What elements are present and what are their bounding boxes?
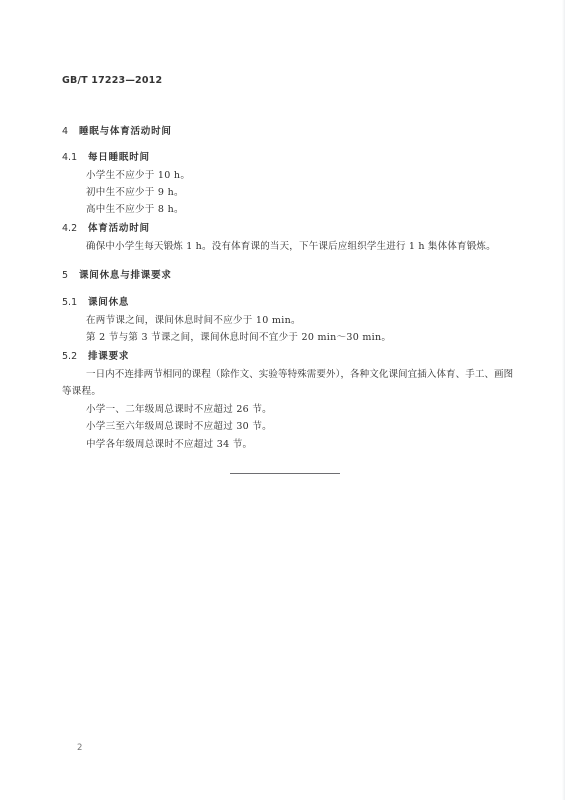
subsection-title: 体育活动时间	[88, 223, 150, 234]
subsection-title: 课间休息	[88, 297, 129, 308]
section-title: 睡眠与体育活动时间	[79, 126, 172, 137]
section-number: 4	[62, 126, 79, 137]
end-of-document-rule	[230, 473, 340, 474]
section-number: 5	[62, 270, 79, 281]
section-4-heading: 4睡眠与体育活动时间	[62, 123, 172, 137]
paragraph: 确保中小学生每天锻炼 1 h。没有体育课的当天，下午课后应组织学生进行 1 h …	[86, 238, 496, 252]
subsection-4-1-heading: 4.1每日睡眠时间	[62, 149, 150, 163]
section-title: 课间休息与排课要求	[79, 270, 172, 281]
section-5-heading: 5课间休息与排课要求	[62, 267, 172, 281]
paragraph: 第 2 节与第 3 节课之间，课间休息时间不宜少于 20 min～30 min。	[86, 329, 391, 343]
subsection-5-2-heading: 5.2排课要求	[62, 348, 129, 362]
subsection-number: 4.1	[62, 152, 88, 163]
paragraph: 初中生不应少于 9 h。	[86, 184, 184, 198]
paragraph: 一日内不连排两节相同的课程（除作文、实验等特殊需要外），各种文化课间宜插入体育、…	[86, 366, 513, 380]
subsection-number: 5.2	[62, 351, 88, 362]
paragraph: 小学一、二年级周总课时不应超过 26 节。	[86, 401, 272, 415]
subsection-number: 4.2	[62, 223, 88, 234]
paragraph: 高中生不应少于 8 h。	[86, 201, 184, 215]
page-number: 2	[77, 743, 82, 753]
subsection-title: 排课要求	[88, 351, 129, 362]
subsection-number: 5.1	[62, 297, 88, 308]
paragraph: 在两节课之间，课间休息时间不应少于 10 min。	[86, 312, 301, 326]
paragraph: 中学各年级周总课时不应超过 34 节。	[86, 436, 252, 450]
paragraph: 小学生不应少于 10 h。	[86, 167, 190, 181]
paragraph: 小学三至六年级周总课时不应超过 30 节。	[86, 418, 272, 432]
subsection-title: 每日睡眠时间	[88, 152, 150, 163]
subsection-4-2-heading: 4.2体育活动时间	[62, 220, 150, 234]
paragraph-continuation: 等课程。	[62, 383, 101, 397]
subsection-5-1-heading: 5.1课间休息	[62, 294, 129, 308]
standard-code: GB/T 17223—2012	[62, 75, 162, 86]
